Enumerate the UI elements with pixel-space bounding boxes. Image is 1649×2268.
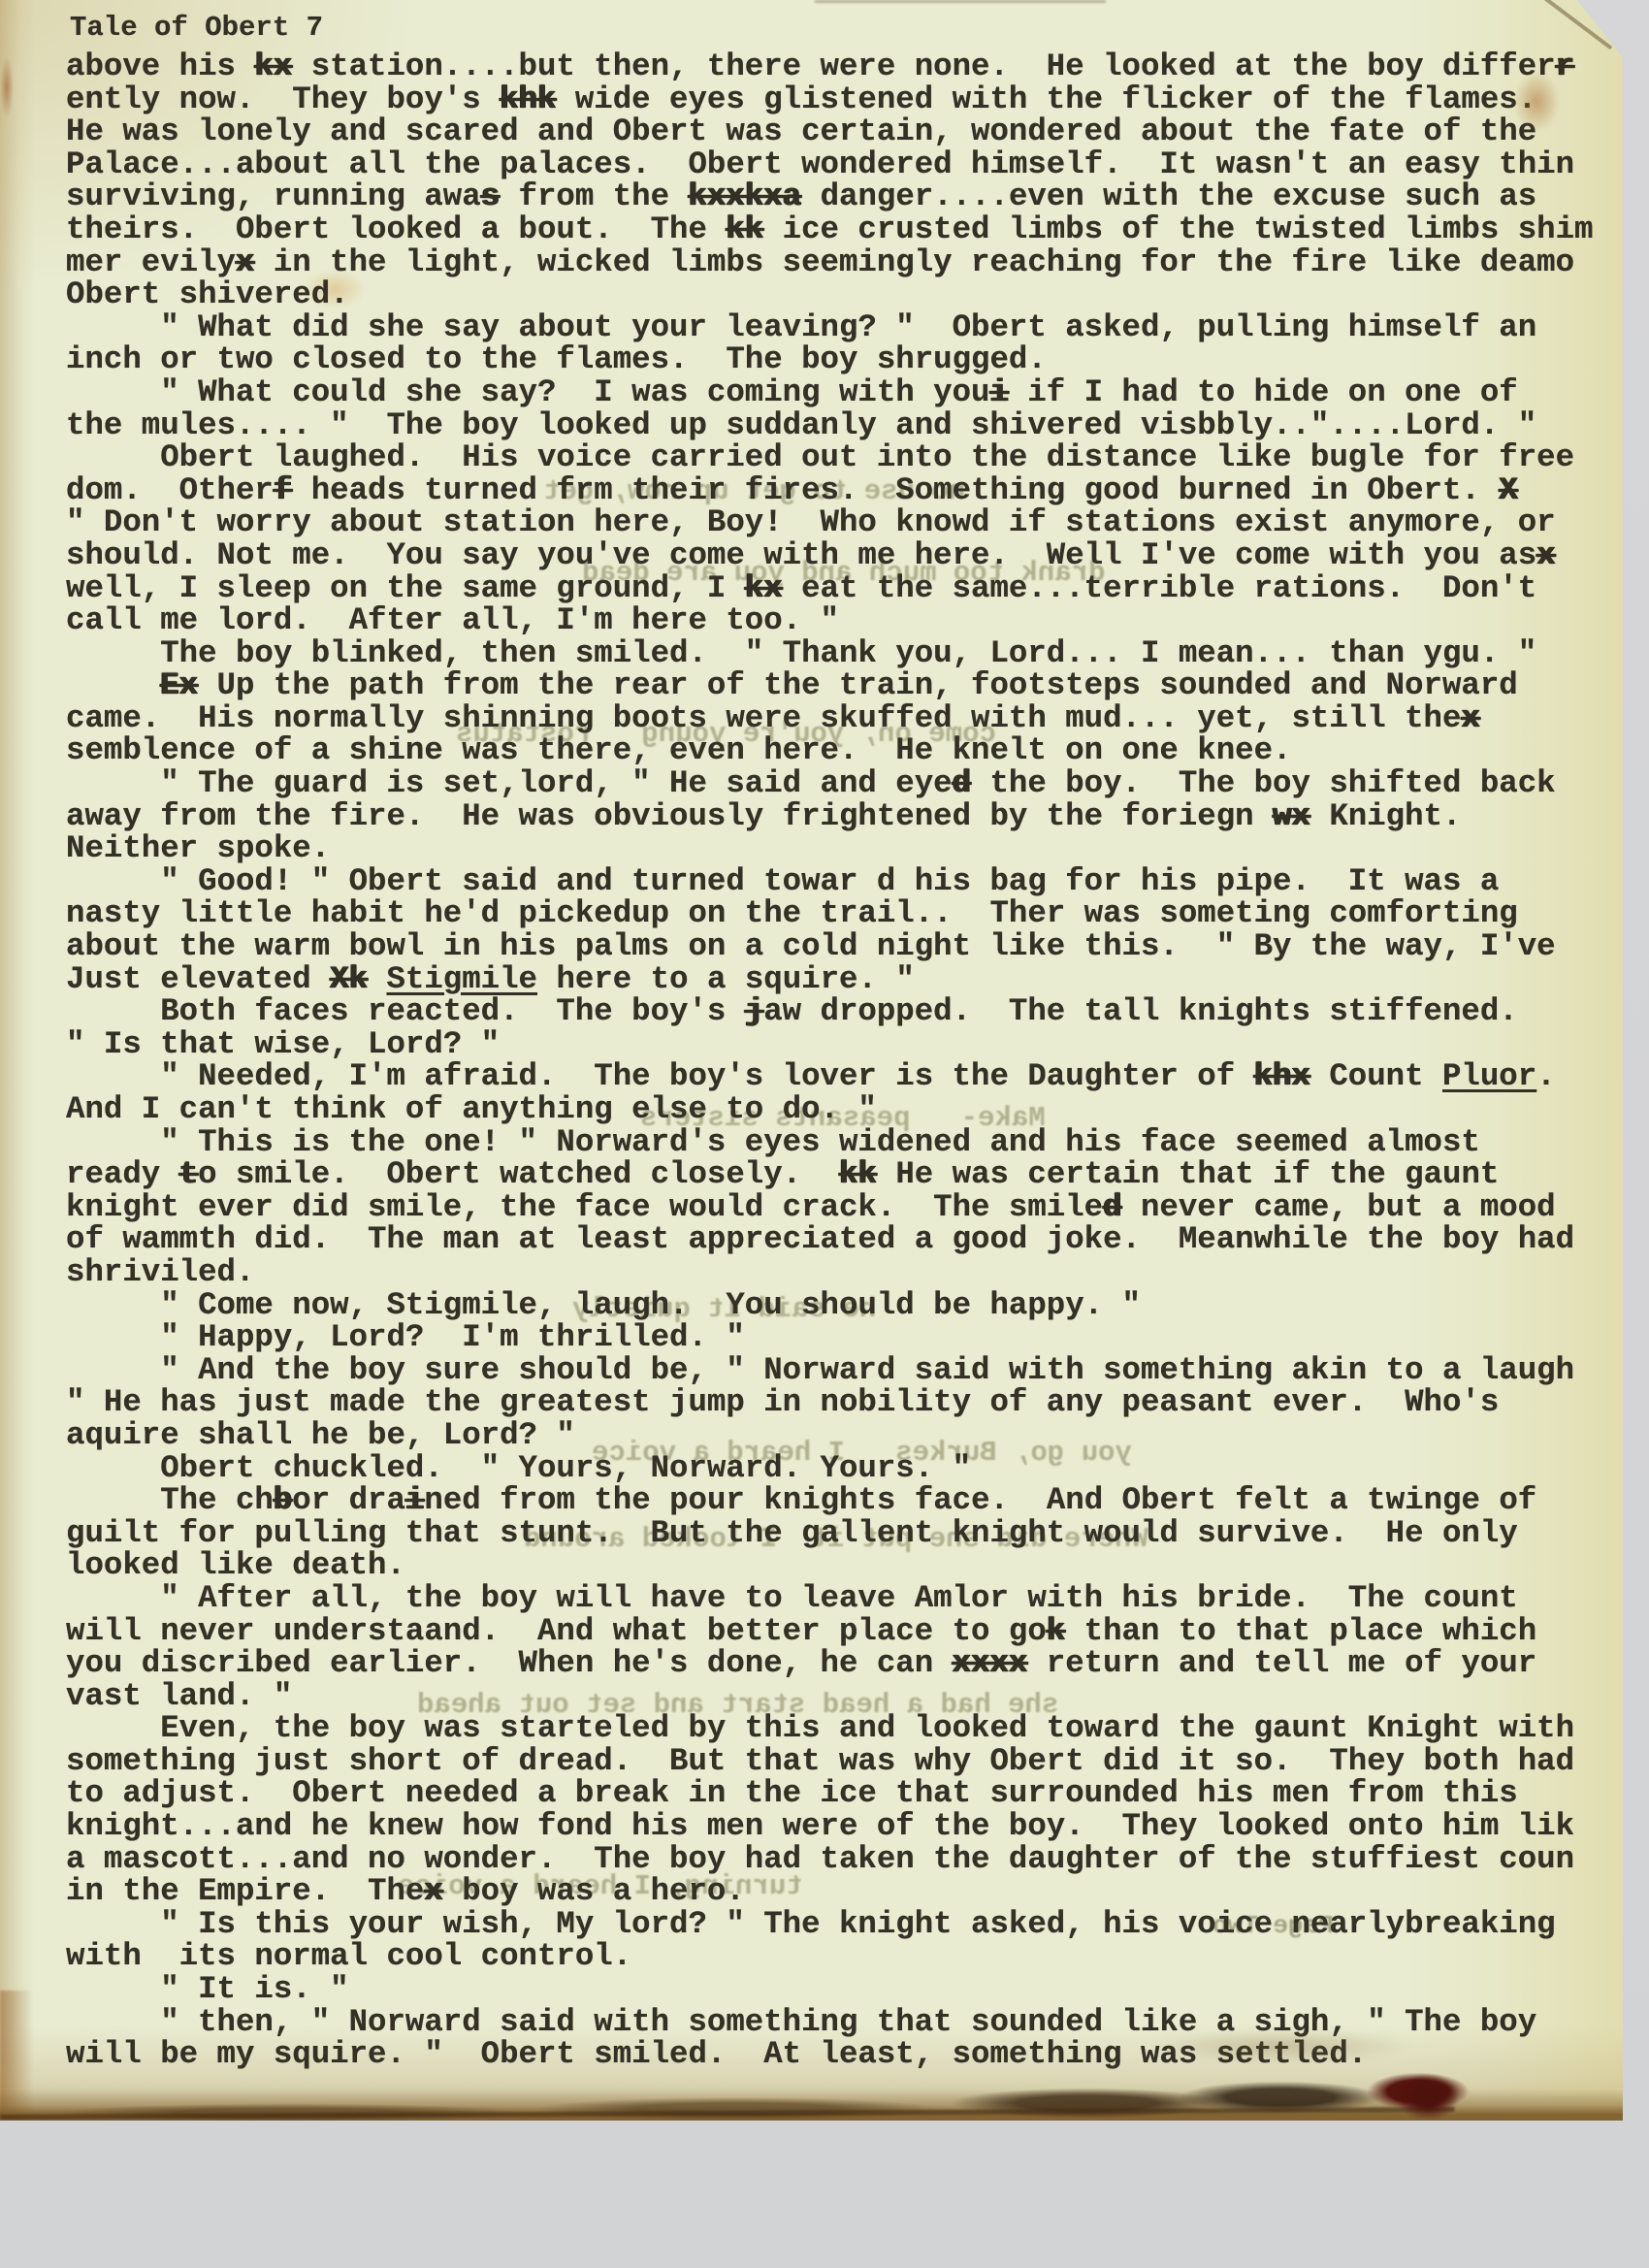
typed-line: " Don't worry about station here, Boy! W…	[66, 506, 1618, 539]
typed-line: Just elevated Xk Stigmile here to a squi…	[66, 963, 1618, 996]
typed-line: And I can't think of anything else to do…	[66, 1093, 1618, 1126]
typed-line: looked like death.	[66, 1549, 1618, 1582]
typed-line: Obert laughed. His voice carried out int…	[66, 441, 1618, 474]
typed-line: of wammth did. The man at least apprecia…	[66, 1223, 1618, 1256]
typed-line: with its normal cool control.	[66, 1940, 1618, 1973]
typed-line: mer evilyx in the light, wicked limbs se…	[66, 246, 1618, 279]
typed-overstrike: x	[1536, 537, 1555, 573]
typed-line: shriviled.	[66, 1256, 1618, 1289]
typed-overstrike: khx	[1254, 1058, 1310, 1094]
typed-underline: Pluor	[1442, 1058, 1536, 1094]
typed-line: something just short of dread. But that …	[66, 1745, 1618, 1778]
typed-line: ently now. They boy's khk wide eyes glis…	[66, 83, 1618, 116]
typed-line: Even, the boy was starteled by this and …	[66, 1712, 1618, 1745]
typed-line: to adjust. Obert needed a break in the i…	[66, 1777, 1618, 1810]
typed-overstrike: s	[481, 178, 500, 214]
typed-line: Neither spoke.	[66, 832, 1618, 865]
typed-line: Obert chuckled. " Yours, Norward. Yours.…	[66, 1452, 1618, 1485]
scanned-document: no use to get up now, getdrank too much …	[0, 0, 1649, 2268]
typed-underline: Stigmile	[386, 961, 537, 997]
typed-line: aquire shall he be, Lord? "	[66, 1419, 1618, 1452]
typed-line: " Come now, Stigmile, laugh. You should …	[66, 1289, 1618, 1322]
typed-overstrike: i	[405, 1482, 424, 1518]
typed-line: " What did she say about your leaving? "…	[66, 311, 1618, 344]
typed-overstrike: f	[274, 472, 292, 508]
typed-line: " He has just made the greatest jump in …	[66, 1386, 1618, 1419]
typed-line: knight...and he knew how fond his men we…	[66, 1810, 1618, 1843]
typed-line: will never understaand. And what better …	[66, 1615, 1618, 1648]
typed-line: the mules.... " The boy looked up suddan…	[66, 409, 1618, 442]
typed-overstrike: b	[274, 1482, 292, 1518]
typed-line: " What could she say? I was coming with …	[66, 376, 1618, 409]
typed-line: " And the boy sure should be, " Norward …	[66, 1354, 1618, 1387]
typed-line: " This is the one! " Norward's eyes wide…	[66, 1126, 1618, 1159]
typed-line: in the Empire. Thex boy was a hero.	[66, 1875, 1618, 1908]
typed-line: " Needed, I'm afraid. The boy's lover is…	[66, 1060, 1618, 1093]
typed-line: ready to smile. Obert watched closely. k…	[66, 1158, 1618, 1191]
typed-line: " After all, the boy will have to leave …	[66, 1582, 1618, 1615]
typed-line: dom. Otherf heads turned frm their fires…	[66, 474, 1618, 507]
typed-line: " Good! " Obert said and turned towar d …	[66, 865, 1618, 898]
typed-line: The chbor drained from the pour knights …	[66, 1484, 1618, 1517]
typed-overstrike: kk	[839, 1156, 877, 1192]
typed-line: guilt for pulling that stunt. But the ga…	[66, 1517, 1618, 1550]
typed-overstrike: d	[1103, 1189, 1121, 1225]
typed-line: semblence of a shine was there, even her…	[66, 734, 1618, 767]
typed-overstrike: kxxkxa	[688, 178, 801, 214]
typed-text: above his kx station....but then, there …	[66, 50, 1618, 2071]
typed-line: nasty little habit he'd pickedup on the …	[66, 897, 1618, 930]
typed-overstrike: Ex	[160, 667, 198, 703]
typed-line: theirs. Obert looked a bout. The kk ice …	[66, 213, 1618, 246]
typed-overstrike: d	[953, 765, 971, 801]
top-edge-mark	[815, 0, 1106, 3]
typed-overstrike: i	[989, 374, 1008, 410]
corner-fold-crease	[1528, 0, 1612, 49]
typed-line: Ex Up the path from the rear of the trai…	[66, 669, 1618, 702]
typed-line: should. Not me. You say you've come with…	[66, 539, 1618, 572]
typed-overstrike: X	[1499, 472, 1517, 508]
corner-stain	[1513, 72, 1560, 132]
typed-line: knight ever did smile, the face would cr…	[66, 1191, 1618, 1224]
typed-line: came. His normally shinning boots were s…	[66, 702, 1618, 735]
typed-overstrike: Xk	[330, 961, 368, 997]
typed-line: surviving, running awas from the kxxkxa …	[66, 180, 1618, 213]
typed-line: " It is. "	[66, 1973, 1618, 2006]
typed-overstrike: j	[745, 993, 763, 1029]
typed-line: inch or two closed to the flames. The bo…	[66, 343, 1618, 376]
typed-line: Both faces reacted. The boy's jaw droppe…	[66, 995, 1618, 1028]
typed-line: above his kx station....but then, there …	[66, 50, 1618, 83]
typed-line: vast land. "	[66, 1680, 1618, 1713]
paper-smudge	[1145, 2029, 1416, 2062]
typed-line: Obert shivered.	[66, 278, 1618, 311]
typed-line: " Happy, Lord? I'm thrilled. "	[66, 1321, 1618, 1354]
typed-overstrike: khk	[500, 81, 556, 117]
typed-line: call me lord. After all, I'm here too. "	[66, 604, 1618, 637]
page-title: Tale of Obert 7	[70, 12, 323, 44]
typed-overstrike: x	[1461, 700, 1479, 736]
typewritten-page: no use to get up now, getdrank too much …	[0, 0, 1623, 2121]
typed-line: well, I sleep on the same ground, I kx e…	[66, 572, 1618, 605]
typed-line: " Is this your wish, My lord? " The knig…	[66, 1908, 1618, 1941]
typed-line: about the warm bowl in his palms on a co…	[66, 930, 1618, 963]
typed-line: " Is that wise, Lord? "	[66, 1028, 1618, 1061]
typed-overstrike: kk	[726, 211, 763, 247]
typed-line: He was lonely and scared and Obert was c…	[66, 115, 1618, 148]
typed-line: Palace...about all the palaces. Obert wo…	[66, 148, 1618, 181]
typed-overstrike: t	[179, 1156, 198, 1192]
typed-line: away from the fire. He was obviously fri…	[66, 800, 1618, 833]
typed-line: a mascott...and no wonder. The boy had t…	[66, 1843, 1618, 1876]
left-edge-stain	[0, 56, 14, 118]
typed-overstrike: kx	[254, 49, 292, 84]
typed-overstrike: k	[1047, 1613, 1065, 1649]
typed-overstrike: x	[424, 1873, 442, 1909]
bottom-edge-blotch	[1397, 2074, 1459, 2121]
typed-overstrike: x	[236, 244, 254, 280]
typed-line: The boy blinked, then smiled. " Thank yo…	[66, 637, 1618, 670]
typed-line: you discribed earlier. When he's done, h…	[66, 1647, 1618, 1680]
typed-overstrike: kx	[745, 570, 783, 606]
typed-line: " The guard is set,lord, " He said and e…	[66, 767, 1618, 800]
typed-overstrike: xxxx	[953, 1645, 1028, 1681]
typed-overstrike: wx	[1273, 798, 1310, 834]
